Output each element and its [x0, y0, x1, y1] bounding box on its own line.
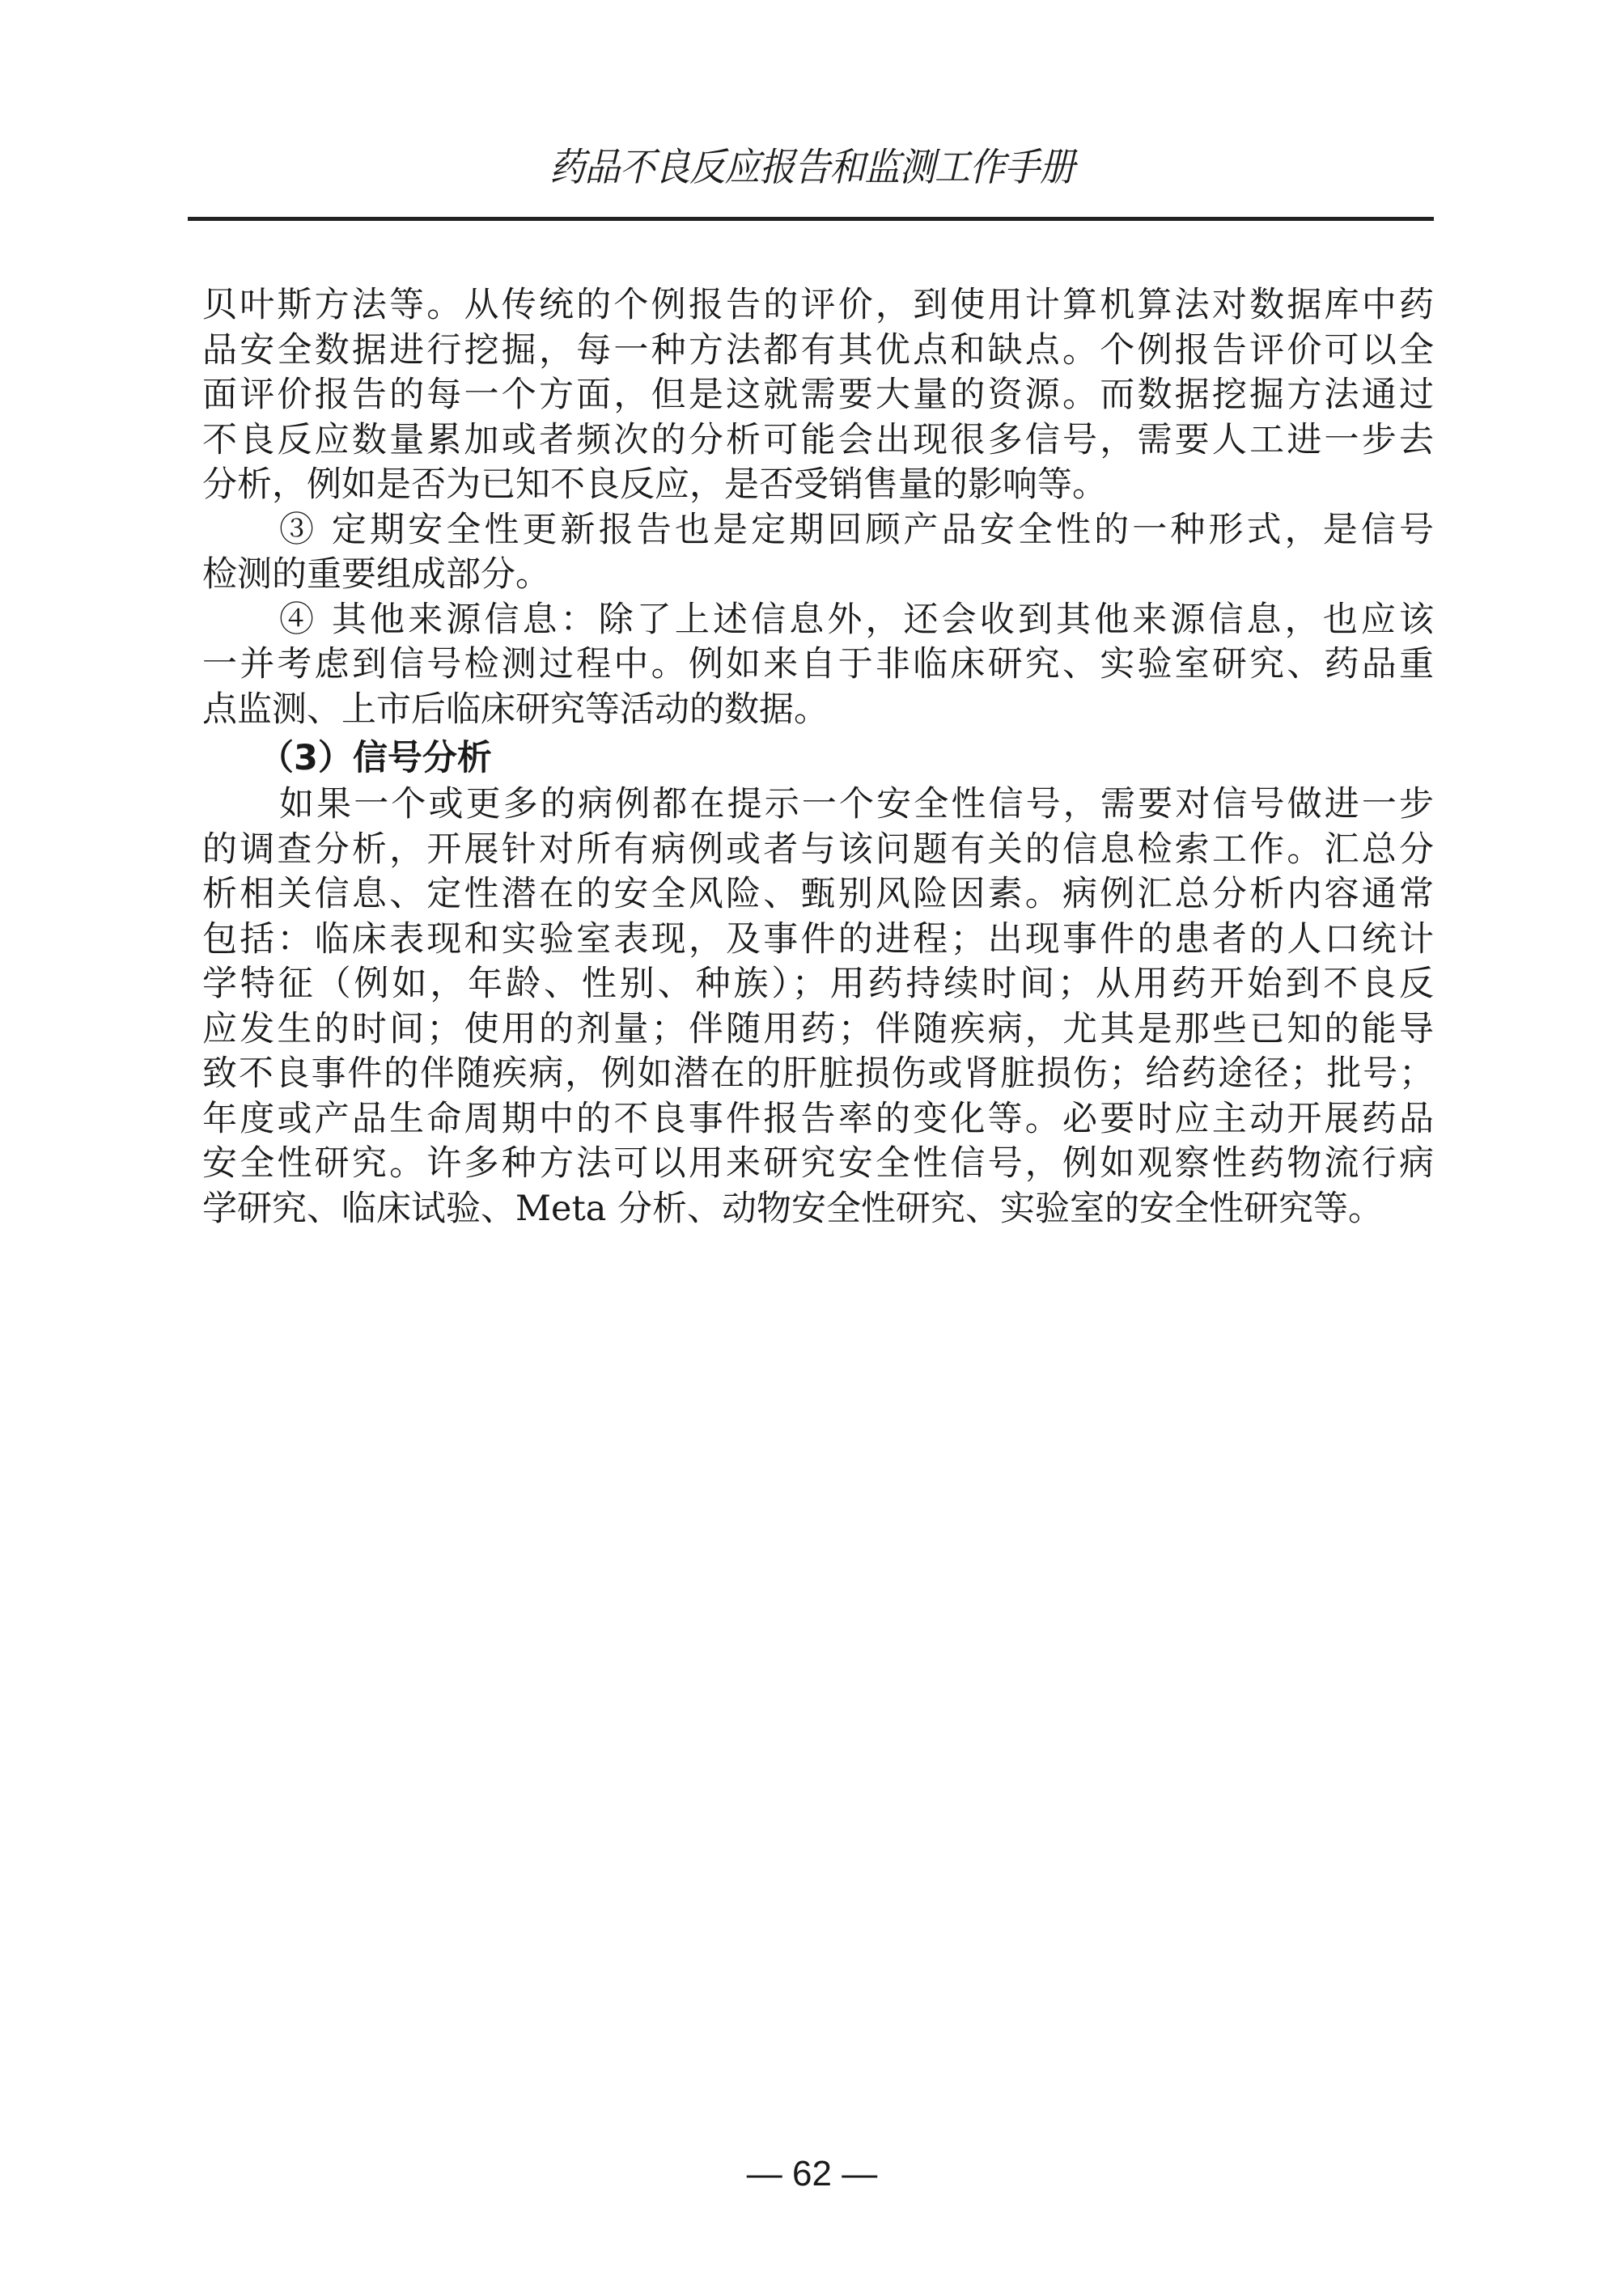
text-line: 品安全数据进行挖掘，每一种方法都有其优点和缺点。个例报告评价可以全 — [202, 328, 1434, 374]
text-line: 检测的重要组成部分。 — [202, 553, 1434, 598]
text-line: 一并考虑到信号检测过程中。例如来自于非临床研究、实验室研究、药品重 — [202, 642, 1434, 688]
paragraph-psur: ③ 定期安全性更新报告也是定期回顾产品安全性的一种形式，是信号 检测的重要组成部… — [202, 508, 1434, 598]
paragraph-bayesian-methods: 贝叶斯方法等。从传统的个例报告的评价，到使用计算机算法对数据库中药 品安全数据进… — [202, 283, 1434, 508]
text-line: 学研究、临床试验、Meta 分析、动物安全性研究、实验室的安全性研究等。 — [202, 1187, 1434, 1232]
text-line: ④ 其他来源信息：除了上述信息外，还会收到其他来源信息，也应该 — [202, 598, 1434, 643]
text-line: 分析，例如是否为已知不良反应，是否受销售量的影响等。 — [202, 463, 1434, 508]
text-line: 年度或产品生命周期中的不良事件报告率的变化等。必要时应主动开展药品 — [202, 1097, 1434, 1142]
text-line: 点监测、上市后临床研究等活动的数据。 — [202, 688, 1434, 733]
text-line: 如果一个或更多的病例都在提示一个安全性信号，需要对信号做进一步 — [202, 782, 1434, 828]
text-line: 的调查分析，开展针对所有病例或者与该问题有关的信息检索工作。汇总分 — [202, 828, 1434, 873]
text-line: 面评价报告的每一个方面，但是这就需要大量的资源。而数据挖掘方法通过 — [202, 373, 1434, 418]
text-line: 析相关信息、定性潜在的安全风险、甄别风险因素。病例汇总分析内容通常 — [202, 872, 1434, 918]
text-line: 包括：临床表现和实验室表现，及事件的进程；出现事件的患者的人口统计 — [202, 918, 1434, 963]
section-heading-signal-analysis: （3）信号分析 — [202, 734, 1434, 782]
paragraph-other-sources: ④ 其他来源信息：除了上述信息外，还会收到其他来源信息，也应该 一并考虑到信号检… — [202, 598, 1434, 733]
page-number: — 62 — — [0, 2154, 1624, 2194]
running-header-title: 药品不良反应报告和监测工作手册 — [65, 136, 1558, 192]
text-line: 学特征（例如，年龄、性别、种族）；用药持续时间；从用药开始到不良反 — [202, 962, 1434, 1007]
text-line: 贝叶斯方法等。从传统的个例报告的评价，到使用计算机算法对数据库中药 — [202, 283, 1434, 328]
text-line: 不良反应数量累加或者频次的分析可能会出现很多信号，需要人工进一步去 — [202, 418, 1434, 464]
header-divider — [188, 217, 1434, 221]
body-text: 贝叶斯方法等。从传统的个例报告的评价，到使用计算机算法对数据库中药 品安全数据进… — [202, 283, 1434, 1231]
text-line: 安全性研究。许多种方法可以用来研究安全性信号，例如观察性药物流行病 — [202, 1142, 1434, 1187]
text-line: 致不良事件的伴随疾病，例如潜在的肝脏损伤或肾脏损伤；给药途径；批号； — [202, 1052, 1434, 1097]
text-line: ③ 定期安全性更新报告也是定期回顾产品安全性的一种形式，是信号 — [202, 508, 1434, 553]
text-line: 应发生的时间；使用的剂量；伴随用药；伴随疾病，尤其是那些已知的能导 — [202, 1007, 1434, 1053]
paragraph-signal-analysis: 如果一个或更多的病例都在提示一个安全性信号，需要对信号做进一步 的调查分析，开展… — [202, 782, 1434, 1231]
